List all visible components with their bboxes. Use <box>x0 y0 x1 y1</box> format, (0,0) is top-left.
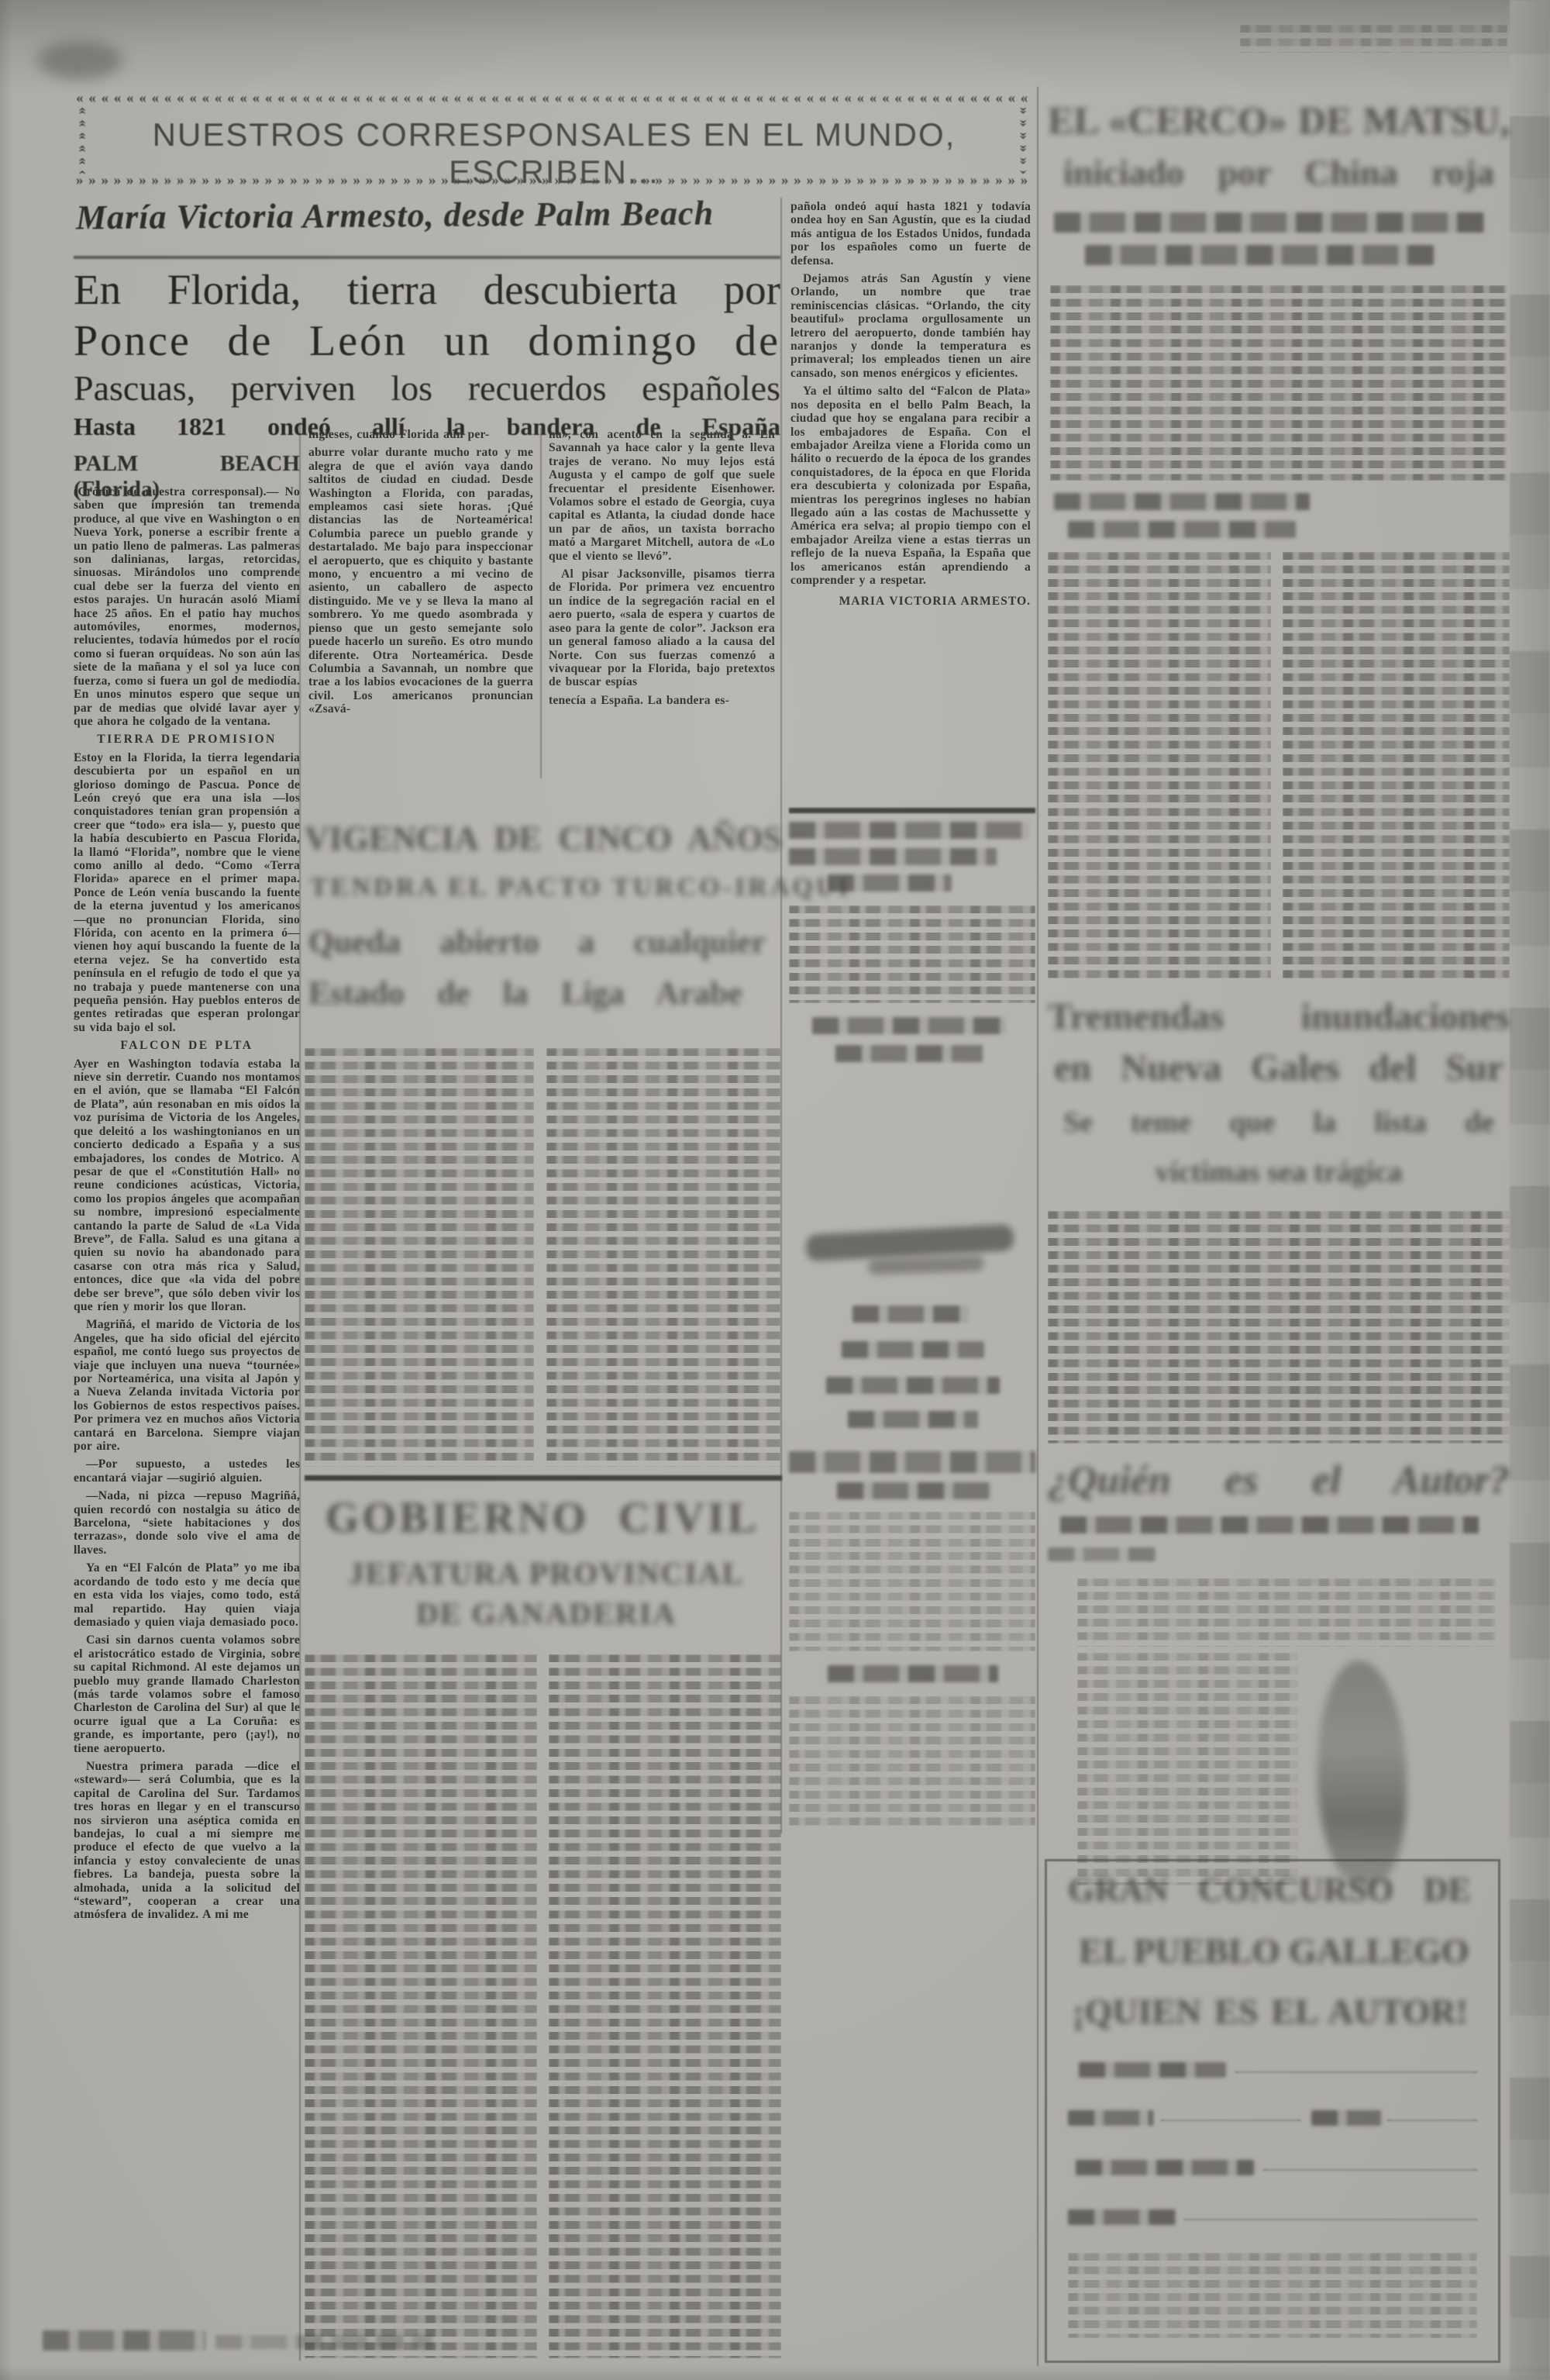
headline-line3: Pascuas, perviven los recuerdos españole… <box>74 367 780 409</box>
concurso-line2: EL PUEBLO GALLEGO <box>1079 1930 1462 1971</box>
paragraph: na», con acento en la segunda a. En Sava… <box>549 428 775 563</box>
redacted-text-block <box>305 1654 537 2358</box>
coupon-label <box>1068 2209 1176 2225</box>
redacted-text-block <box>1048 1211 1510 1444</box>
paragraph: Estoy en la Florida, la tierra legendari… <box>74 751 300 1035</box>
redacted-text-block <box>1068 2253 1477 2338</box>
scan-right-edge <box>1510 0 1550 2380</box>
redacted-subdeck-bar <box>1085 245 1434 265</box>
coupon-blank-line <box>1235 2071 1477 2073</box>
autor-headline: ¿Quién es el Autor? <box>1048 1457 1510 1503</box>
article-signature: MARIA VICTORIA ARMESTO. <box>790 595 1031 608</box>
column-rule <box>540 428 542 778</box>
scan-header-remnant <box>1240 25 1507 53</box>
paragraph: Dejamos atrás San Agustín y viene Orland… <box>790 272 1031 380</box>
article-column-3: na», con acento en la segunda a. En Sava… <box>549 428 775 781</box>
redacted-text-block <box>789 1512 1035 1651</box>
paragraph: pañola ondeó aquí hasta 1821 y todavía o… <box>790 200 1031 267</box>
redacted-subhead-bar <box>1060 1516 1479 1533</box>
redacted-text-block <box>305 1048 534 1467</box>
article-column-4: pañola ondeó aquí hasta 1821 y todavía o… <box>790 200 1031 812</box>
scan-left-edge <box>0 0 12 2380</box>
gobierno-subtitle-2: DE GANADERIA <box>310 1595 783 1632</box>
inundaciones-headline-line2: en Nueva Gales del Sur <box>1054 1047 1503 1089</box>
concurso-line3: ¡QUIEN ES EL AUTOR! <box>1073 1991 1468 2032</box>
inundaciones-headline-line1: Tremendas inundaciones <box>1048 995 1510 1038</box>
redacted-headline-bar <box>837 1482 992 1499</box>
banner-border-top: « « « « « « « « « « « « « « « « « « « « … <box>76 90 1031 107</box>
paragraph: —Por supuesto, a ustedes les encantará v… <box>74 1457 300 1485</box>
paragraph: Magriñá, el marido de Victoria de los An… <box>74 1318 300 1453</box>
inundaciones-subhead-line1: Se teme que la lista de <box>1063 1105 1494 1140</box>
redacted-script-header <box>805 1224 1014 1261</box>
paragraph: aburre volar durante mucho rato y me ale… <box>308 446 533 716</box>
redacted-script-header <box>868 1255 985 1275</box>
subhead-tierra-de-promision: TIERRA DE PROMISION <box>74 733 300 746</box>
coupon-label <box>1076 2160 1254 2175</box>
byline-rule <box>74 256 780 259</box>
subhead-falcon-de-plata: FALCON DE PLTA <box>74 1039 300 1052</box>
gobierno-subtitle-1: JEFATURA PROVINCIAL <box>310 1555 783 1592</box>
banner-title: NUESTROS CORRESPONSALES EN EL MUNDO, ESC… <box>85 116 1023 191</box>
paragraph: Nuestra primera parada —dice el «steward… <box>74 1760 300 1922</box>
paragraph: tenecía a España. La bandera es- <box>549 694 775 707</box>
coupon-blank-line <box>1387 2120 1477 2121</box>
redacted-list-line <box>848 1411 978 1428</box>
matsu-headline-line2: iniciado por China roja <box>1063 152 1494 193</box>
redacted-text-block <box>549 1654 781 2358</box>
redacted-text-bar <box>1048 1547 1156 1561</box>
coupon-blank-line <box>1263 2169 1477 2171</box>
coupon-blank-line <box>1161 2120 1300 2121</box>
scan-bottom-artifact <box>43 2330 205 2351</box>
redacted-headline-bar <box>828 1665 998 1682</box>
headline-line1: En Florida, tierra descubierta por <box>74 265 780 314</box>
scan-smudge <box>37 40 122 79</box>
redacted-headline-bar <box>828 874 952 892</box>
redacted-text-block <box>789 1696 1035 1826</box>
redacted-text-block <box>789 905 1035 1003</box>
redacted-text-block <box>1077 1578 1496 1647</box>
paragraph: Al pisar Jacksonville, pisamos tierra de… <box>549 567 775 689</box>
paragraph: —Nada, ni pizca —repuso Magriñá, quien r… <box>74 1489 300 1557</box>
redacted-headline-bar <box>1054 493 1310 510</box>
paragraph: (Crónica de nuestra corresponsal).— No s… <box>74 485 300 728</box>
byline: María Victoria Armesto, desde Palm Beach <box>76 193 785 237</box>
article-column-2: ingleses, cuando Florida aún per- aburre… <box>308 428 533 740</box>
paragraph: Ayer en Washington todavía estaba la nie… <box>74 1057 300 1314</box>
redacted-list-line <box>826 1377 1000 1394</box>
paragraph: Ya el último salto del “Falcon de Plata»… <box>790 385 1031 587</box>
paragraph: Casi sin darnos cuenta volamos sobre el … <box>74 1633 300 1755</box>
scan-bottom-edge <box>0 2364 1550 2380</box>
coupon-label <box>1068 2110 1153 2126</box>
inundaciones-subhead-line2: víctimas sea trágica <box>1100 1155 1457 1189</box>
redacted-text-block <box>1050 285 1507 481</box>
redacted-list-line <box>852 1306 969 1323</box>
redacted-list-line <box>842 1341 984 1358</box>
pacto-subhead-line2: Estado de la Liga Arabe <box>308 975 742 1012</box>
section-rule <box>305 1475 782 1481</box>
section-rule <box>789 808 1035 813</box>
coupon-blank-line <box>1184 2219 1477 2220</box>
redacted-headline-bar <box>789 848 997 865</box>
redacted-box-header <box>789 1451 1035 1473</box>
matsu-headline-line1: EL «CERCO» DE MATSU, <box>1048 98 1510 143</box>
redacted-headline-bar <box>1068 521 1296 538</box>
redacted-headline-bar <box>835 1045 983 1062</box>
redacted-text-block <box>1048 552 1271 980</box>
newspaper-page: « « « « « « « « « « « « « « « « « « « « … <box>0 0 1550 2380</box>
headline-line2: Ponce de León un domingo de <box>74 316 780 366</box>
coupon-label <box>1079 2062 1226 2078</box>
scan-bottom-artifact <box>215 2335 432 2349</box>
redacted-photo <box>1317 1661 1407 1887</box>
redacted-text-block <box>1283 552 1510 980</box>
column-rule <box>1037 87 1038 2366</box>
redacted-text-block <box>1077 1653 1298 1885</box>
pacto-subhead-line1: Queda abierto a cualquier <box>308 924 766 961</box>
gobierno-civil-title: GOBIERNO CIVIL <box>325 1493 759 1543</box>
paragraph: ingleses, cuando Florida aún per- <box>308 428 533 441</box>
redacted-headline-bar <box>789 822 1029 839</box>
article-column-1: (Crónica de nuestra corresponsal).— No s… <box>74 485 300 2228</box>
pacto-kicker-headline: VIGENCIA DE CINCO AÑOS <box>305 819 782 858</box>
pacto-deck-headline: TENDRA EL PACTO TURCO-IRAQUI <box>310 873 775 902</box>
redacted-subdeck-bar <box>1054 212 1485 233</box>
coupon-label <box>1311 2110 1381 2126</box>
concurso-line1: GRAN CONCURSO DE <box>1068 1870 1471 1909</box>
paragraph: Ya en “El Falcón de Plata” yo me iba aco… <box>74 1561 300 1629</box>
redacted-text-block <box>546 1048 780 1467</box>
redacted-headline-bar <box>812 1017 1006 1034</box>
